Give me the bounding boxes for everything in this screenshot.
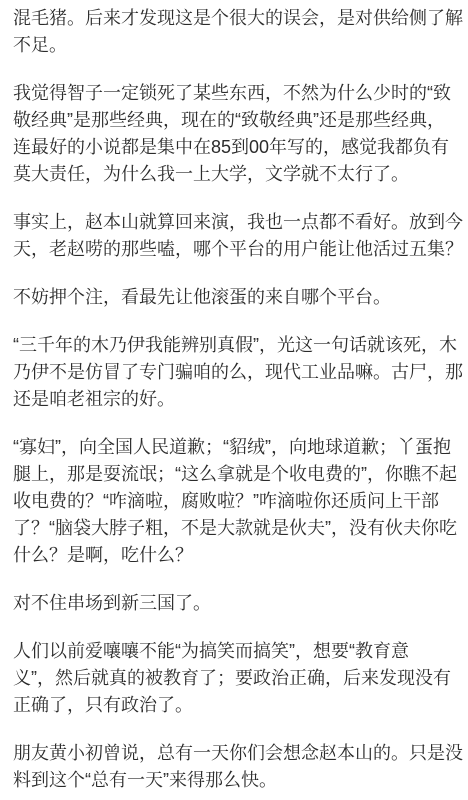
article-body: 混毛猪。后来才发现这是个很大的误会，是对供给侧了解 不足。我觉得智子一定锁死了某…	[0, 0, 468, 794]
paragraph: “寡妇”，向全国人民道歉；“貂绒”，向地球道歉；丫蛋抱 腿上，那是耍流氓；“这么…	[13, 434, 468, 569]
paragraph: 我觉得智子一定锁死了某些东西，不然为什么少时的“致 敬经典”是那些经典，现在的“…	[13, 80, 468, 188]
paragraph: 朋友黄小初曾说，总有一天你们会想念赵本山的。只是没 料到这个“总有一天”来得那么…	[13, 740, 468, 794]
paragraph: 混毛猪。后来才发现这是个很大的误会，是对供给侧了解 不足。	[13, 5, 468, 59]
paragraph: 人们以前爱嚷嚷不能“为搞笑而搞笑”，想要“教育意 义”，然后就真的被教育了；要政…	[13, 638, 468, 719]
page: { "article": { "background_color": "#fff…	[0, 0, 468, 800]
paragraph: 不妨押个注，看最先让他滚蛋的来自哪个平台。	[13, 284, 468, 311]
paragraph: “三千年的木乃伊我能辨别真假”，光这一句话就该死，木 乃伊不是仿冒了专门骗咱的么…	[13, 332, 468, 413]
paragraph: 事实上，赵本山就算回来演，我也一点都不看好。放到今 天，老赵唠的那些嗑，哪个平台…	[13, 209, 468, 263]
paragraph: 对不住串场到新三国了。	[13, 590, 468, 617]
